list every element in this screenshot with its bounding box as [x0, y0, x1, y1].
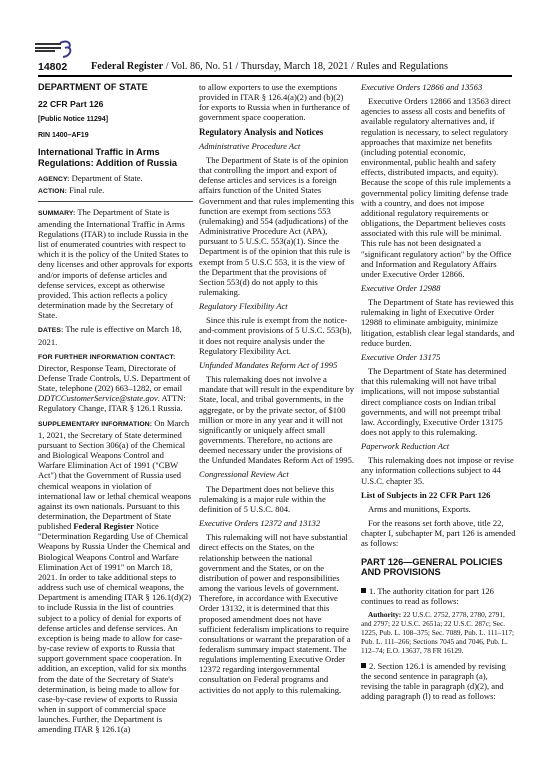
public-notice: [Public Notice 11294] — [38, 115, 193, 125]
dates: DATES: The rule is effective on March 18… — [38, 324, 193, 346]
rin: RIN 1400–AF19 — [38, 131, 193, 141]
reasons-text: For the reasons set forth above, title 2… — [361, 518, 516, 548]
pra-heading: Paperwork Reduction Act — [361, 441, 516, 451]
column-1: DEPARTMENT OF STATE 22 CFR Part 126 [Pub… — [38, 82, 193, 738]
eo13175-heading: Executive Order 13175 — [361, 352, 516, 362]
eo12988-text: The Department of State has reviewed thi… — [361, 297, 516, 348]
subjects-heading: List of Subjects in 22 CFR Part 126 — [361, 490, 516, 500]
issue-info: / Vol. 86, No. 51 / Thursday, March 18, … — [163, 61, 448, 72]
cra-heading: Congressional Review Act — [199, 469, 354, 479]
agency-heading: DEPARTMENT OF STATE — [38, 82, 193, 93]
eo12372-heading: Executive Orders 12372 and 13132 — [199, 518, 354, 528]
contact-email-link[interactable]: DDTCCustomerService@state.gov — [38, 393, 158, 403]
amendment-1: 1. The authority citation for part 126 c… — [361, 586, 516, 606]
pra-text: This rulemaking does not impose or revis… — [361, 455, 516, 485]
amendment-2: 2. Section 126.1 is amended by revising … — [361, 661, 516, 702]
cfr-part: 22 CFR Part 126 — [38, 99, 193, 110]
federal-register-logo — [35, 40, 75, 60]
section-heading: Regulatory Analysis and Notices — [199, 127, 354, 137]
apa-heading: Administrative Procedure Act — [199, 141, 354, 151]
part-heading: PART 126—GENERAL POLICIES AND PROVISIONS — [361, 557, 516, 578]
summary: SUMMARY: The Department of State is amen… — [38, 207, 193, 321]
column-3: Executive Orders 12866 and 13563 Executi… — [361, 82, 516, 706]
supplementary-info: SUPPLEMENTARY INFORMATION: On March 1, 2… — [38, 418, 193, 735]
eo12866-heading: Executive Orders 12866 and 13563 — [361, 82, 516, 92]
authority-citation: Authority: 22 U.S.C. 2752, 2778, 2780, 2… — [361, 610, 516, 655]
bullet-square-icon — [361, 663, 366, 668]
eo12866-text: Executive Orders 12866 and 13563 direct … — [361, 96, 516, 279]
header-rule — [38, 75, 512, 77]
continuation-text: to allow exporters to use the exemptions… — [199, 82, 354, 123]
eo12372-text: This rulemaking will not have substantia… — [199, 532, 354, 695]
cra-text: The Department does not believe this rul… — [199, 484, 354, 514]
agency-line: AGENCY: Department of State. — [38, 173, 193, 185]
page-number: 14802 — [38, 61, 67, 73]
divider — [38, 201, 193, 202]
rfa-text: Since this rule is exempt from the notic… — [199, 315, 354, 356]
bullet-square-icon — [361, 588, 366, 593]
eo12988-heading: Executive Order 12988 — [361, 283, 516, 293]
rule-title: International Traffic in Arms Regulation… — [38, 147, 193, 168]
subjects-text: Arms and munitions, Exports. — [361, 504, 516, 514]
umra-heading: Unfunded Mandates Reform Act of 1995 — [199, 360, 354, 370]
apa-text: The Department of State is of the opinio… — [199, 155, 354, 297]
eagle-icon — [58, 40, 74, 60]
contact: FOR FURTHER INFORMATION CONTACT: Directo… — [38, 351, 193, 414]
publication-line: Federal Register / Vol. 86, No. 51 / Thu… — [91, 61, 448, 72]
action-line: ACTION: Final rule. — [38, 185, 193, 197]
eo13175-text: The Department of State has determined t… — [361, 366, 516, 437]
publication-name: Federal Register — [91, 61, 163, 72]
column-2: to allow exporters to use the exemptions… — [199, 82, 354, 699]
umra-text: This rulemaking does not involve a manda… — [199, 374, 354, 465]
rfa-heading: Regulatory Flexibility Act — [199, 301, 354, 311]
page-header: 14802 Federal Register / Vol. 86, No. 51… — [38, 61, 512, 75]
